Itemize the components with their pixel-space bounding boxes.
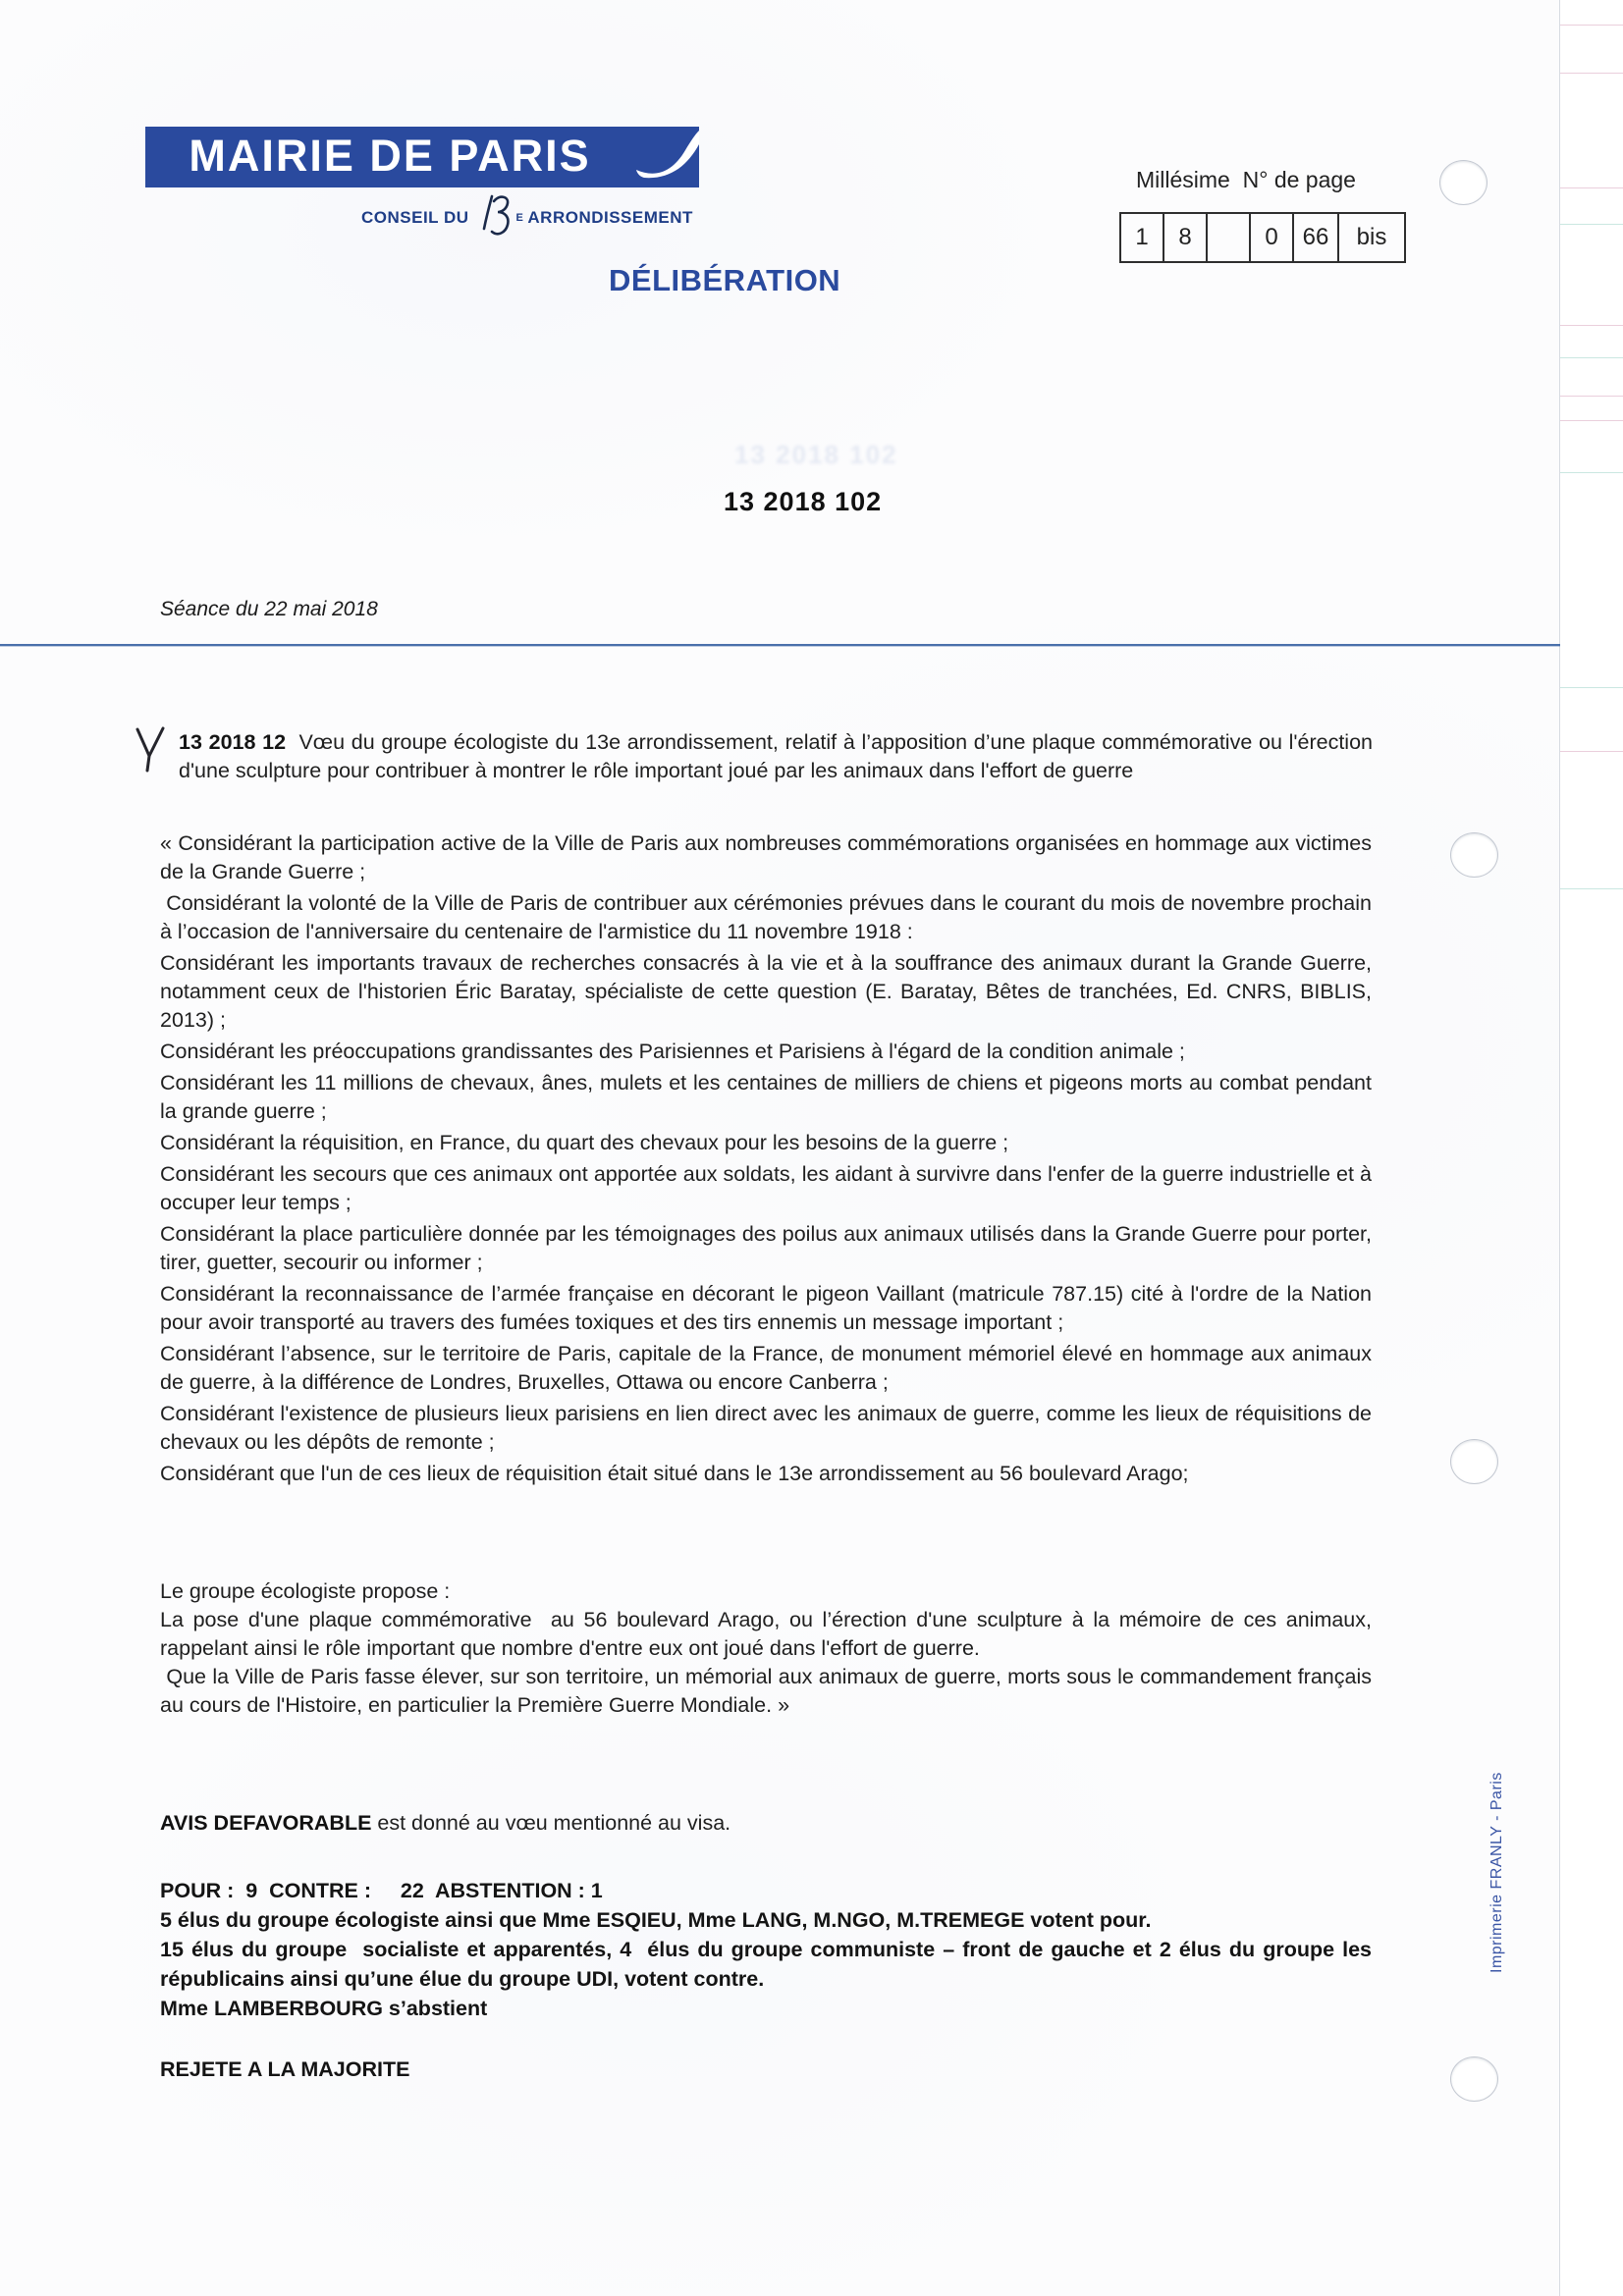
- handwritten-checkmark-icon: [132, 724, 171, 780]
- reference-number: 13 2018 102: [724, 487, 882, 517]
- avis-rest: est donné au vœu mentionné au visa.: [371, 1811, 730, 1835]
- considerant-paragraph: Considérant l’absence, sur le territoire…: [160, 1340, 1372, 1397]
- punch-hole: [1450, 1439, 1498, 1484]
- voeu-number: 13 2018 12: [179, 730, 286, 754]
- vote-block: POUR : 9 CONTRE : 22 ABSTENTION : 1 5 él…: [160, 1876, 1372, 2023]
- proposal-item: La pose d'une plaque commémorative au 56…: [160, 1606, 1372, 1663]
- vote-line: 5 élus du groupe écologiste ainsi que Mm…: [160, 1905, 1372, 1935]
- ruled-line: [1560, 325, 1623, 326]
- ruled-line: [1560, 25, 1623, 26]
- punch-hole: [1450, 2056, 1498, 2102]
- ruled-line: [1560, 73, 1623, 74]
- millesime-cell: bis: [1337, 214, 1404, 261]
- considerant-paragraph: Considérant les 11 millions de chevaux, …: [160, 1069, 1372, 1126]
- proposal-block: Le groupe écologiste propose : La pose d…: [160, 1577, 1372, 1720]
- ruled-line: [1560, 396, 1623, 397]
- vote-tally: POUR : 9 CONTRE : 22 ABSTENTION : 1: [160, 1876, 1372, 1905]
- considerant-paragraph: Considérant la reconnaissance de l’armée…: [160, 1280, 1372, 1337]
- ruled-line: [1560, 472, 1623, 473]
- ruled-line: [1560, 187, 1623, 188]
- voeu-header: 13 2018 12 Vœu du groupe écologiste du 1…: [179, 728, 1373, 785]
- mairie-logo-text: MAIRIE DE PARIS: [145, 127, 634, 186]
- considerant-paragraph: Considérant les préoccupations grandissa…: [160, 1038, 1372, 1066]
- considerant-paragraph: Considérant la place particulière donnée…: [160, 1220, 1372, 1277]
- millesime-cell: 66: [1292, 214, 1337, 261]
- proposal-item: Que la Ville de Paris fasse élever, sur …: [160, 1663, 1372, 1720]
- considerant-paragraph: « Considérant la participation active de…: [160, 829, 1372, 886]
- conseil-handwritten-13-icon: [477, 191, 514, 245]
- millesime-table: 1 8 0 66 bis: [1119, 212, 1406, 263]
- considerant-paragraph: Considérant les secours que ces animaux …: [160, 1160, 1372, 1217]
- considerant-paragraph: Considérant les importants travaux de re…: [160, 949, 1372, 1035]
- millesime-cell: 0: [1249, 214, 1292, 261]
- millesime-label: Millésime N° de page: [1136, 167, 1356, 193]
- millesime-cell: 1: [1121, 214, 1163, 261]
- punch-hole: [1450, 832, 1498, 878]
- millesime-cell: [1206, 214, 1249, 261]
- ruled-line: [1560, 888, 1623, 889]
- avis-verdict: AVIS DEFAVORABLE: [160, 1811, 371, 1835]
- proposal-intro: Le groupe écologiste propose :: [160, 1577, 1372, 1606]
- ruled-line: [1560, 224, 1623, 225]
- millesime-cell: 8: [1163, 214, 1206, 261]
- doc-type-title: DÉLIBÉRATION: [609, 263, 840, 298]
- considerant-paragraph: Considérant la volonté de la Ville de Pa…: [160, 889, 1372, 946]
- vote-line: 15 élus du groupe socialiste et apparent…: [160, 1935, 1372, 1994]
- conseil-prefix: CONSEIL DU: [361, 208, 469, 228]
- separator-line: [0, 644, 1560, 646]
- considerant-paragraph: Considérant l'existence de plusieurs lie…: [160, 1400, 1372, 1457]
- vote-line: Mme LAMBERBOURG s’abstient: [160, 1994, 1372, 2023]
- scanned-deliberation-page: MAIRIE DE PARIS CONSEIL DU E ARRONDISSEM…: [0, 0, 1623, 2296]
- reference-ghost-print: 13 2018 102: [734, 440, 898, 470]
- avis-line: AVIS DEFAVORABLE est donné au vœu mentio…: [160, 1809, 1372, 1838]
- scan-edge-strip: [1559, 0, 1623, 2296]
- ruled-line: [1560, 420, 1623, 421]
- printer-credit: Imprimerie FRANLY - Paris: [1488, 1718, 1506, 1973]
- considerant-paragraph: Considérant que l'un de ces lieux de réq…: [160, 1460, 1372, 1488]
- mairie-de-paris-banner: MAIRIE DE PARIS: [145, 127, 634, 187]
- conseil-line: CONSEIL DU E ARRONDISSEMENT: [361, 192, 693, 243]
- ruled-line: [1560, 751, 1623, 752]
- considerant-paragraph: Considérant la réquisition, en France, d…: [160, 1129, 1372, 1157]
- result-line: REJETE A LA MAJORITE: [160, 2057, 409, 2082]
- conseil-suffix: ARRONDISSEMENT: [527, 208, 693, 228]
- voeu-title: Vœu du groupe écologiste du 13e arrondis…: [179, 730, 1373, 782]
- ruled-line: [1560, 687, 1623, 688]
- logo-swoosh-icon: [634, 127, 699, 187]
- considerants-block: « Considérant la participation active de…: [160, 829, 1372, 1491]
- session-date: Séance du 22 mai 2018: [160, 598, 378, 621]
- punch-hole: [1439, 160, 1488, 205]
- conseil-superscript: E: [516, 212, 524, 224]
- ruled-line: [1560, 357, 1623, 358]
